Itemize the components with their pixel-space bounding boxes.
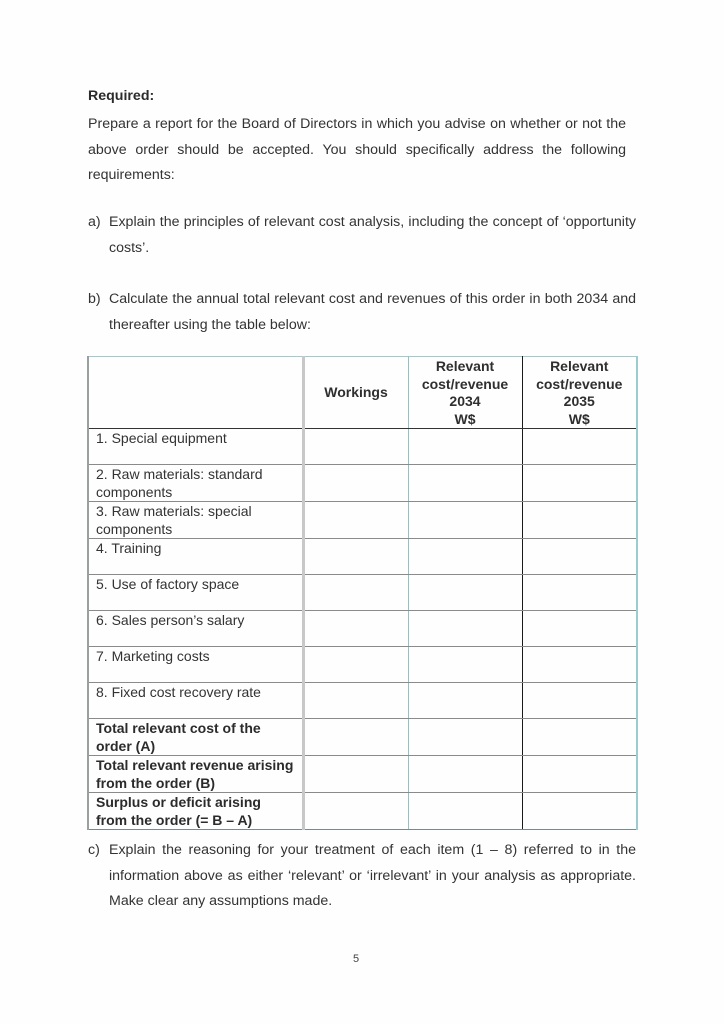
table-row: 7. Marketing costs — [88, 647, 637, 683]
value-2034-cell[interactable] — [408, 793, 522, 830]
workings-cell[interactable] — [303, 719, 408, 756]
table-row: Surplus or deficit arising from the orde… — [88, 793, 637, 830]
row-label: 7. Marketing costs — [88, 647, 303, 683]
row-label: Total relevant revenue arising from the … — [88, 756, 303, 793]
header-2035-line2: cost/revenue — [530, 376, 630, 394]
row-label: 6. Sales person’s salary — [88, 611, 303, 647]
value-2035-cell[interactable] — [522, 539, 637, 575]
requirement-c-marker: c) — [88, 838, 100, 864]
row-label: Surplus or deficit arising from the orde… — [88, 793, 303, 830]
value-2034-cell[interactable] — [408, 683, 522, 719]
workings-cell[interactable] — [303, 756, 408, 793]
table-row: 6. Sales person’s salary — [88, 611, 637, 647]
value-2035-cell[interactable] — [522, 611, 637, 647]
row-label: 8. Fixed cost recovery rate — [88, 683, 303, 719]
row-label: 4. Training — [88, 539, 303, 575]
workings-cell[interactable] — [303, 465, 408, 502]
value-2035-cell[interactable] — [522, 429, 637, 465]
value-2035-cell[interactable] — [522, 683, 637, 719]
table-row: 1. Special equipment — [88, 429, 637, 465]
workings-cell[interactable] — [303, 502, 408, 539]
header-2034-line4: W$ — [416, 411, 515, 429]
required-heading: Required: — [88, 88, 154, 104]
requirement-c: c) Explain the reasoning for your treatm… — [88, 838, 636, 915]
row-label: 1. Special equipment — [88, 429, 303, 465]
requirement-a: a) Explain the principles of relevant co… — [88, 210, 636, 261]
row-label: 3. Raw materials: special components — [88, 502, 303, 539]
intro-paragraph: Prepare a report for the Board of Direct… — [88, 112, 626, 189]
table-row: 2. Raw materials: standard components — [88, 465, 637, 502]
document-page: Required: Prepare a report for the Board… — [0, 0, 724, 1024]
table-body: 1. Special equipment2. Raw materials: st… — [88, 429, 637, 830]
row-label: 5. Use of factory space — [88, 575, 303, 611]
value-2035-cell[interactable] — [522, 756, 637, 793]
requirement-a-text: Explain the principles of relevant cost … — [109, 210, 636, 261]
value-2034-cell[interactable] — [408, 611, 522, 647]
workings-cell[interactable] — [303, 575, 408, 611]
requirement-b: b) Calculate the annual total relevant c… — [88, 287, 636, 338]
table-row: 5. Use of factory space — [88, 575, 637, 611]
value-2035-cell[interactable] — [522, 465, 637, 502]
value-2034-cell[interactable] — [408, 575, 522, 611]
workings-cell[interactable] — [303, 683, 408, 719]
table-row: Total relevant cost of the order (A) — [88, 719, 637, 756]
header-2034-line1: Relevant — [416, 358, 515, 376]
value-2034-cell[interactable] — [408, 756, 522, 793]
header-2034-line2: cost/revenue — [416, 376, 515, 394]
page-number: 5 — [0, 953, 712, 965]
workings-cell[interactable] — [303, 429, 408, 465]
header-2035: Relevant cost/revenue 2035 W$ — [522, 357, 637, 429]
workings-cell[interactable] — [303, 793, 408, 830]
value-2034-cell[interactable] — [408, 502, 522, 539]
table-row: Total relevant revenue arising from the … — [88, 756, 637, 793]
value-2035-cell[interactable] — [522, 502, 637, 539]
value-2035-cell[interactable] — [522, 793, 637, 830]
value-2035-cell[interactable] — [522, 575, 637, 611]
requirement-b-marker: b) — [88, 287, 101, 313]
header-2035-line1: Relevant — [530, 358, 630, 376]
requirement-b-text: Calculate the annual total relevant cost… — [109, 287, 636, 338]
value-2034-cell[interactable] — [408, 429, 522, 465]
workings-cell[interactable] — [303, 611, 408, 647]
header-2034-line3: 2034 — [416, 393, 515, 411]
table-header-row: Workings Relevant cost/revenue 2034 W$ R… — [88, 357, 637, 429]
value-2034-cell[interactable] — [408, 719, 522, 756]
header-2035-line3: 2035 — [530, 393, 630, 411]
relevant-cost-table: Workings Relevant cost/revenue 2034 W$ R… — [87, 356, 638, 830]
row-label: Total relevant cost of the order (A) — [88, 719, 303, 756]
header-workings: Workings — [303, 357, 408, 429]
table-row: 8. Fixed cost recovery rate — [88, 683, 637, 719]
requirement-c-text: Explain the reasoning for your treatment… — [109, 838, 636, 915]
value-2034-cell[interactable] — [408, 647, 522, 683]
header-item — [88, 357, 303, 429]
workings-cell[interactable] — [303, 539, 408, 575]
value-2034-cell[interactable] — [408, 465, 522, 502]
value-2035-cell[interactable] — [522, 647, 637, 683]
value-2035-cell[interactable] — [522, 719, 637, 756]
workings-cell[interactable] — [303, 647, 408, 683]
requirement-a-marker: a) — [88, 210, 101, 236]
table-row: 3. Raw materials: special components — [88, 502, 637, 539]
table-row: 4. Training — [88, 539, 637, 575]
header-2035-line4: W$ — [530, 411, 630, 429]
header-2034: Relevant cost/revenue 2034 W$ — [408, 357, 522, 429]
value-2034-cell[interactable] — [408, 539, 522, 575]
row-label: 2. Raw materials: standard components — [88, 465, 303, 502]
